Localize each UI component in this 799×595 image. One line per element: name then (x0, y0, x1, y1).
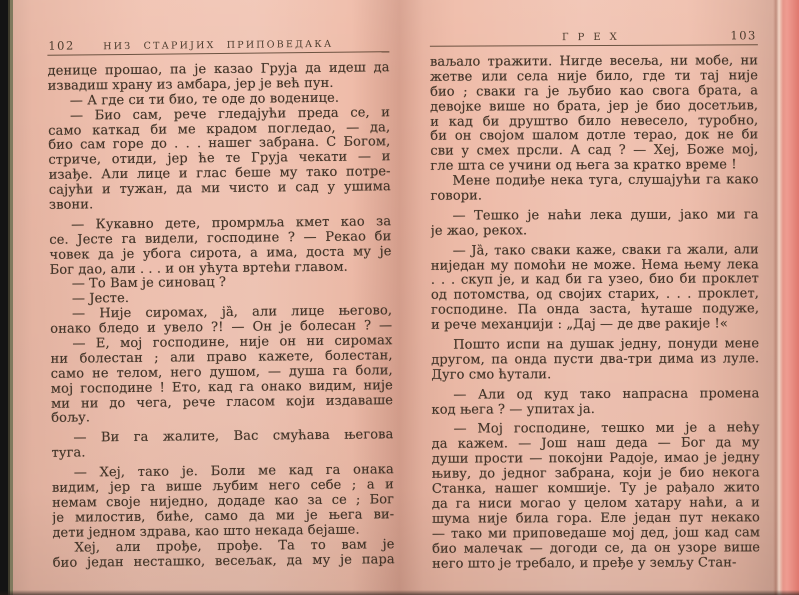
text-line: био један несташко, весељак, да му је па… (53, 553, 395, 571)
text-line: другом, па онда пусти два-три дима из лу… (431, 352, 759, 368)
text-line: — Мој господине, тешко ми је а нећу (432, 422, 760, 438)
text-line: од потомства, од својих старих, . . . пр… (431, 288, 759, 304)
text-line: да га ниси могао у целом хатару наћи, а … (432, 496, 760, 512)
text-line: шума није била гора. Еле један пут некак… (432, 511, 760, 527)
text-line: девојке више но брата, јер је био досетљ… (430, 99, 758, 115)
page-right: ГРЕХ 103 ваљало тражити. Нигде весеља, н… (430, 27, 760, 572)
text-line: жетве или села није било, где ти тај ниј… (430, 69, 758, 85)
text-line: господине. Па онда заста, ћуташе подуже, (431, 303, 759, 319)
book-scan: 102 НИЗ СТАРИЈИХ ПРИПОВЕДАКА денице прош… (0, 0, 799, 595)
text-line: и кад би друштво било невесело, туробно,… (430, 114, 758, 130)
page-number-right: 103 (730, 28, 757, 42)
text-line: него што је требало, и пређе у земљу Ста… (432, 556, 760, 572)
text-line: њиву, до једног забрана, који је био нек… (432, 466, 760, 482)
page-right-body: ваљало тражити. Нигде весеља, ни мобе, н… (430, 54, 760, 572)
text-line: ниједан му помоћи не може. Нема њему лек… (431, 258, 759, 274)
text-line: — Јȁ, тако сваки каже, сваки га жали, ал… (431, 243, 759, 259)
text-line: ваљало тражити. Нигде весеља, ни мобе, н… (430, 54, 758, 70)
text-line: Станка, нашег комшије. Ту је рађало жито (432, 481, 760, 497)
text-line: да кажем. — Још наш деда — Бог да му (432, 437, 760, 453)
page-left-body: денице прошао, па је казао Груја да идеш… (47, 61, 394, 571)
text-line: Пошто испи на душак једну, понуди мене (431, 337, 759, 353)
text-line: — тако ми приповедаше мој дед, још кад с… (432, 526, 760, 542)
running-title-right: ГРЕХ (430, 27, 758, 43)
text-line: Дуго смо ћутали. (431, 367, 759, 383)
text-line: би он својом шалом дотле терао, док не б… (430, 129, 758, 145)
book-spine-edge (0, 0, 13, 595)
running-title-left: НИЗ СТАРИЈИХ ПРИПОВЕДАКА (47, 34, 389, 53)
text-line: сви у смех прсли. А сад ? — Хеј, Боже мо… (430, 144, 758, 160)
text-line: Мене подиђе нека туга, слушајући га како (430, 173, 758, 189)
page-right-header: ГРЕХ 103 (430, 27, 758, 46)
text-line: био малечак — догоди се, да он узоре виш… (432, 541, 760, 557)
page-left: 102 НИЗ СТАРИЈИХ ПРИПОВЕДАКА денице прош… (47, 34, 395, 571)
text-line: души прости — покојни Радоје, имао је је… (432, 452, 760, 468)
page-number-left: 102 (48, 39, 75, 53)
text-line: био ; сваки га је љубио као свога брата,… (430, 84, 758, 100)
book-bottom-edge (0, 590, 799, 595)
text-line: и рече механџији : „Дај — де две ракије … (431, 317, 759, 333)
text-line: — Али од куд тако напрасна промена (431, 387, 759, 403)
text-line: . . . скуп је, и кад би га узео, био би … (431, 273, 759, 289)
text-line: гле шта се учини од њега за кратко време… (430, 159, 758, 175)
text-line: је жао, рекох. (431, 223, 759, 239)
book-cover-edge (773, 0, 799, 595)
text-line: код њега ? — упитах ја. (431, 402, 759, 418)
page-left-header: 102 НИЗ СТАРИЈИХ ПРИПОВЕДАКА (47, 34, 389, 56)
text-line: говори. (431, 188, 759, 204)
text-line: — Тешко је наћи лека души, јако ми га (431, 208, 759, 224)
